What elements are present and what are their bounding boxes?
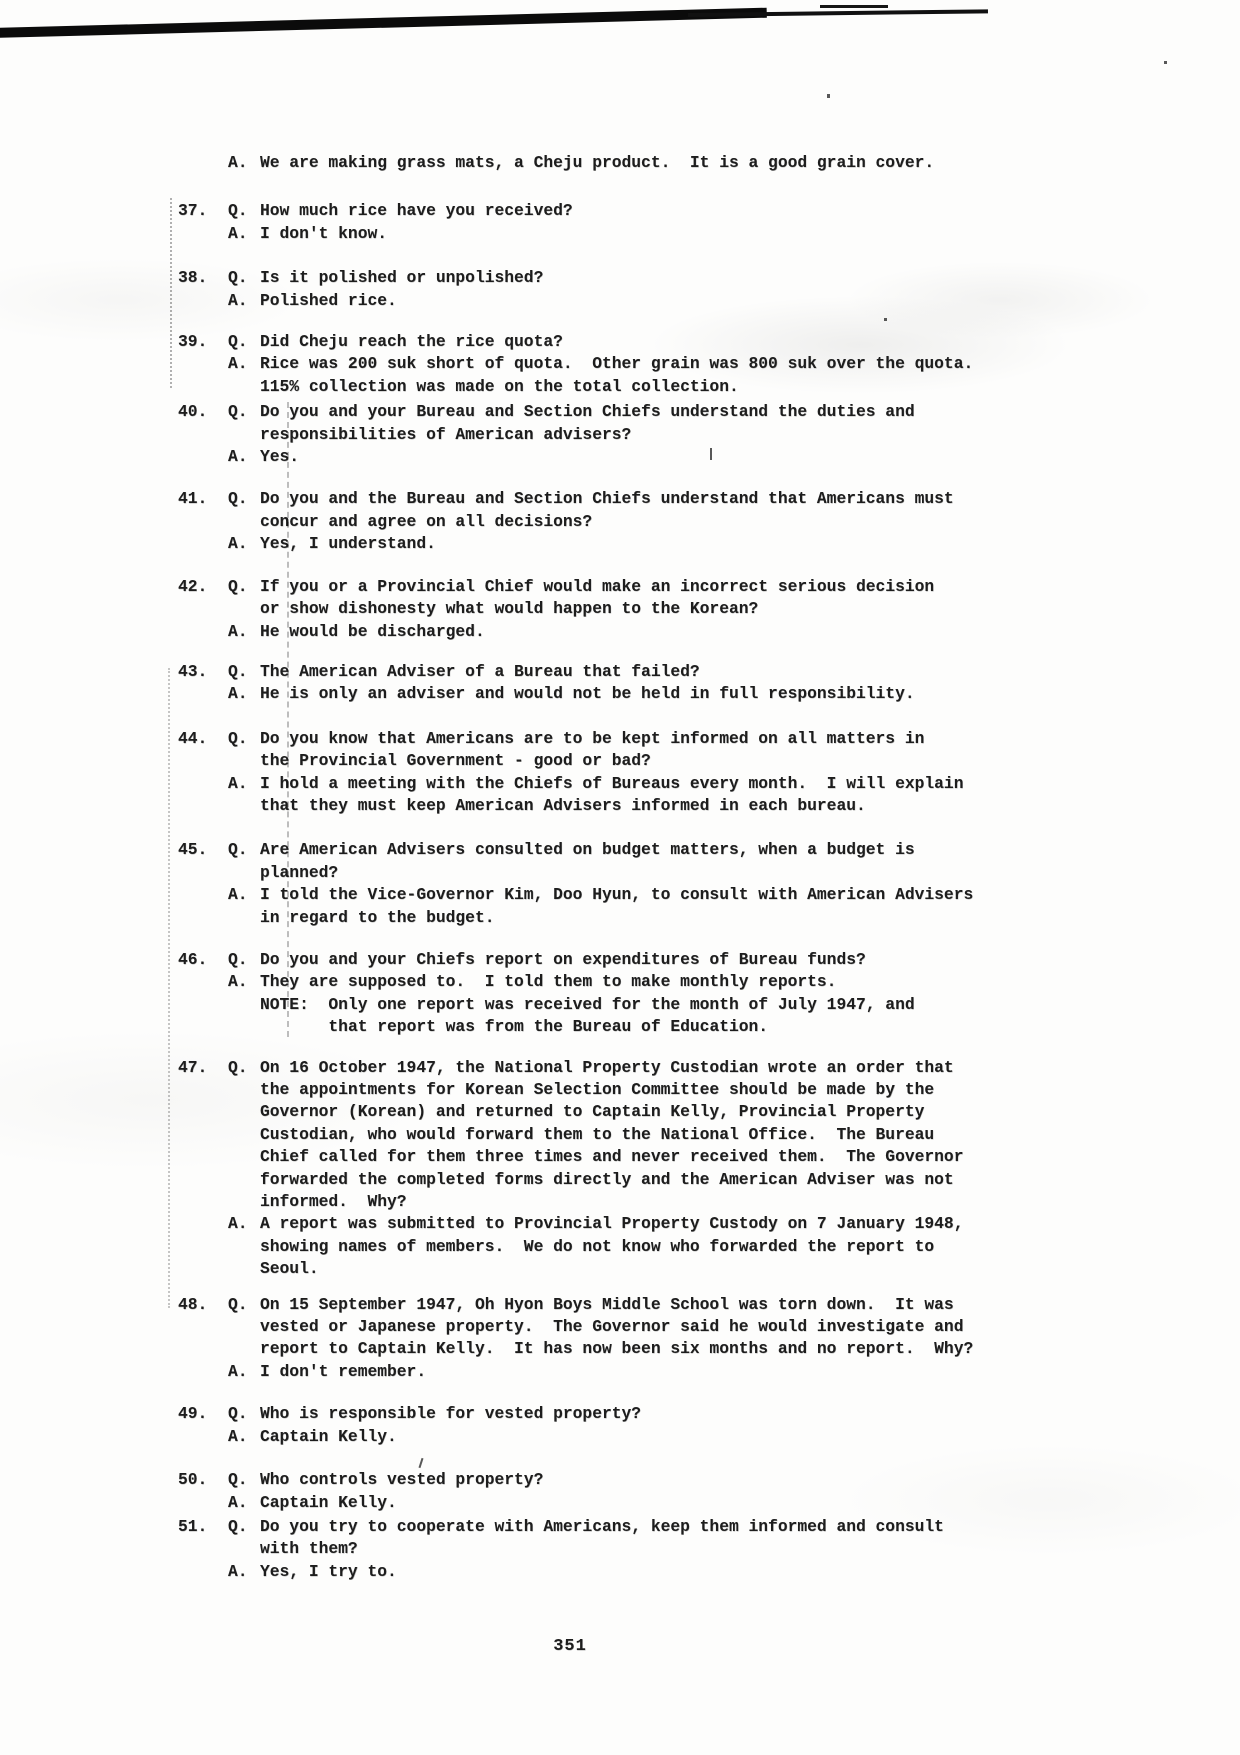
qa-item-50: 50. Q. Who controls vested property? A. … bbox=[178, 1469, 1240, 1514]
item-number: 41. bbox=[178, 488, 228, 510]
qa-item-49: 49. Q. Who is responsible for vested pro… bbox=[178, 1403, 1240, 1448]
item-number: 47. bbox=[178, 1057, 228, 1079]
question-row: 39. Q. Did Cheju reach the rice quota? bbox=[178, 331, 1240, 353]
question-label: Q. bbox=[228, 267, 260, 289]
answer-text: Rice was 200 suk short of quota. Other g… bbox=[260, 353, 1040, 398]
question-row: 50. Q. Who controls vested property? bbox=[178, 1469, 1240, 1491]
answer-text: They are supposed to. I told them to mak… bbox=[260, 971, 1040, 993]
item-number: 48. bbox=[178, 1294, 228, 1316]
item-number: 45. bbox=[178, 839, 228, 861]
qa-item-45: 45. Q. Are American Advisers consulted o… bbox=[178, 839, 1240, 929]
answer-text: A report was submitted to Provincial Pro… bbox=[260, 1213, 1040, 1280]
qa-item-47: 47. Q. On 16 October 1947, the National … bbox=[178, 1057, 1240, 1281]
answer-label: A. bbox=[228, 152, 260, 174]
qa-item-38: 38. Q. Is it polished or unpolished? A. … bbox=[178, 267, 1240, 312]
question-row: 45. Q. Are American Advisers consulted o… bbox=[178, 839, 1240, 884]
question-row: 51. Q. Do you try to cooperate with Amer… bbox=[178, 1516, 1240, 1561]
question-text: Do you and your Bureau and Section Chief… bbox=[260, 401, 1040, 446]
answer-label: A. bbox=[228, 621, 260, 643]
answer-label: A. bbox=[228, 446, 260, 468]
item-number: 51. bbox=[178, 1516, 228, 1538]
question-label: Q. bbox=[228, 1057, 260, 1079]
qa-item-intro: A. We are making grass mats, a Cheju pro… bbox=[178, 152, 1240, 174]
answer-text: Yes. bbox=[260, 446, 1040, 468]
item-number: 37. bbox=[178, 200, 228, 222]
answer-label: A. bbox=[228, 533, 260, 555]
answer-text: I hold a meeting with the Chiefs of Bure… bbox=[260, 773, 1040, 818]
answer-row: A. Yes. bbox=[178, 446, 1240, 468]
question-row: 40. Q. Do you and your Bureau and Sectio… bbox=[178, 401, 1240, 446]
question-text: On 16 October 1947, the National Propert… bbox=[260, 1057, 1040, 1214]
question-text: Who is responsible for vested property? bbox=[260, 1403, 1040, 1425]
question-label: Q. bbox=[228, 1469, 260, 1491]
answer-label: A. bbox=[228, 223, 260, 245]
note-text: NOTE: Only one report was received for t… bbox=[260, 994, 1040, 1039]
question-row: 47. Q. On 16 October 1947, the National … bbox=[178, 1057, 1240, 1214]
answer-label: A. bbox=[228, 1426, 260, 1448]
answer-row: A. A report was submitted to Provincial … bbox=[178, 1213, 1240, 1280]
question-text: Did Cheju reach the rice quota? bbox=[260, 331, 1040, 353]
qa-item-46: 46. Q. Do you and your Chiefs report on … bbox=[178, 949, 1240, 1039]
question-text: How much rice have you received? bbox=[260, 200, 1040, 222]
question-text: Are American Advisers consulted on budge… bbox=[260, 839, 1040, 884]
question-label: Q. bbox=[228, 728, 260, 750]
question-row: 41. Q. Do you and the Bureau and Section… bbox=[178, 488, 1240, 533]
answer-text: Captain Kelly. bbox=[260, 1426, 1040, 1448]
question-row: 46. Q. Do you and your Chiefs report on … bbox=[178, 949, 1240, 971]
item-number: 39. bbox=[178, 331, 228, 353]
answer-label: A. bbox=[228, 884, 260, 906]
item-number: 42. bbox=[178, 576, 228, 598]
answer-row: A. I don't remember. bbox=[178, 1361, 1240, 1383]
question-label: Q. bbox=[228, 1516, 260, 1538]
question-text: Who controls vested property? bbox=[260, 1469, 1040, 1491]
question-label: Q. bbox=[228, 576, 260, 598]
question-label: Q. bbox=[228, 200, 260, 222]
answer-row: A. I don't know. bbox=[178, 223, 1240, 245]
answer-label: A. bbox=[228, 1561, 260, 1583]
answer-text: I told the Vice-Governor Kim, Doo Hyun, … bbox=[260, 884, 1040, 929]
scan-artifact-top-dash bbox=[820, 5, 888, 8]
scan-artifact-dotted-margin-line bbox=[170, 198, 172, 388]
answer-row: A. I hold a meeting with the Chiefs of B… bbox=[178, 773, 1240, 818]
qa-item-41: 41. Q. Do you and the Bureau and Section… bbox=[178, 488, 1240, 555]
answer-label: A. bbox=[228, 1492, 260, 1514]
qa-item-44: 44. Q. Do you know that Americans are to… bbox=[178, 728, 1240, 818]
question-label: Q. bbox=[228, 331, 260, 353]
scan-speck bbox=[1164, 61, 1167, 64]
question-text: Do you and the Bureau and Section Chiefs… bbox=[260, 488, 1040, 533]
answer-row: A. Captain Kelly. bbox=[178, 1426, 1240, 1448]
answer-label: A. bbox=[228, 1213, 260, 1235]
answer-label: A. bbox=[228, 353, 260, 375]
answer-text: I don't remember. bbox=[260, 1361, 1040, 1383]
question-row: 44. Q. Do you know that Americans are to… bbox=[178, 728, 1240, 773]
question-label: Q. bbox=[228, 661, 260, 683]
question-row: 43. Q. The American Adviser of a Bureau … bbox=[178, 661, 1240, 683]
qa-item-37: 37. Q. How much rice have you received? … bbox=[178, 200, 1240, 245]
scan-speck bbox=[710, 448, 712, 460]
item-number: 40. bbox=[178, 401, 228, 423]
item-number: 38. bbox=[178, 267, 228, 289]
question-row: 48. Q. On 15 September 1947, Oh Hyon Boy… bbox=[178, 1294, 1240, 1361]
scanned-document-page: A. We are making grass mats, a Cheju pro… bbox=[0, 0, 1240, 1755]
question-text: Do you know that Americans are to be kep… bbox=[260, 728, 1040, 773]
question-label: Q. bbox=[228, 1403, 260, 1425]
scan-speck bbox=[827, 94, 830, 98]
answer-text: Polished rice. bbox=[260, 290, 1040, 312]
question-text: Do you and your Chiefs report on expendi… bbox=[260, 949, 1040, 971]
question-row: 49. Q. Who is responsible for vested pro… bbox=[178, 1403, 1240, 1425]
answer-row: A. They are supposed to. I told them to … bbox=[178, 971, 1240, 993]
answer-text: Yes, I understand. bbox=[260, 533, 1040, 555]
qa-item-39: 39. Q. Did Cheju reach the rice quota? A… bbox=[178, 331, 1240, 398]
item-number: 46. bbox=[178, 949, 228, 971]
qa-item-42: 42. Q. If you or a Provincial Chief woul… bbox=[178, 576, 1240, 643]
answer-row: A. Rice was 200 suk short of quota. Othe… bbox=[178, 353, 1240, 398]
question-text: If you or a Provincial Chief would make … bbox=[260, 576, 1040, 621]
question-label: Q. bbox=[228, 1294, 260, 1316]
answer-row: A. Captain Kelly. bbox=[178, 1492, 1240, 1514]
qa-transcript: A. We are making grass mats, a Cheju pro… bbox=[0, 0, 1240, 1583]
qa-item-40: 40. Q. Do you and your Bureau and Sectio… bbox=[178, 401, 1240, 468]
qa-item-43: 43. Q. The American Adviser of a Bureau … bbox=[178, 661, 1240, 706]
answer-label: A. bbox=[228, 290, 260, 312]
answer-row: A. He would be discharged. bbox=[178, 621, 1240, 643]
answer-label: A. bbox=[228, 971, 260, 993]
answer-text: I don't know. bbox=[260, 223, 1040, 245]
qa-item-48: 48. Q. On 15 September 1947, Oh Hyon Boy… bbox=[178, 1294, 1240, 1384]
item-number: 44. bbox=[178, 728, 228, 750]
question-label: Q. bbox=[228, 488, 260, 510]
answer-text: He would be discharged. bbox=[260, 621, 1040, 643]
question-row: 42. Q. If you or a Provincial Chief woul… bbox=[178, 576, 1240, 621]
item-number: 50. bbox=[178, 1469, 228, 1491]
answer-text: We are making grass mats, a Cheju produc… bbox=[260, 152, 1040, 174]
answer-label: A. bbox=[228, 1361, 260, 1383]
answer-row: A. We are making grass mats, a Cheju pro… bbox=[178, 152, 1240, 174]
question-label: Q. bbox=[228, 401, 260, 423]
question-text: Is it polished or unpolished? bbox=[260, 267, 1040, 289]
answer-row: A. Yes, I understand. bbox=[178, 533, 1240, 555]
answer-row: A. Yes, I try to. bbox=[178, 1561, 1240, 1583]
answer-text: Yes, I try to. bbox=[260, 1561, 1040, 1583]
scan-speck bbox=[884, 318, 887, 321]
qa-item-51: 51. Q. Do you try to cooperate with Amer… bbox=[178, 1516, 1240, 1583]
question-text: On 15 September 1947, Oh Hyon Boys Middl… bbox=[260, 1294, 1040, 1361]
answer-row: A. Polished rice. bbox=[178, 290, 1240, 312]
item-number: 49. bbox=[178, 1403, 228, 1425]
question-label: Q. bbox=[228, 949, 260, 971]
answer-row: A. I told the Vice-Governor Kim, Doo Hyu… bbox=[178, 884, 1240, 929]
question-row: 37. Q. How much rice have you received? bbox=[178, 200, 1240, 222]
answer-text: He is only an adviser and would not be h… bbox=[260, 683, 1040, 705]
question-text: The American Adviser of a Bureau that fa… bbox=[260, 661, 1040, 683]
question-row: 38. Q. Is it polished or unpolished? bbox=[178, 267, 1240, 289]
answer-text: Captain Kelly. bbox=[260, 1492, 1040, 1514]
page-number: 351 bbox=[0, 1636, 1140, 1658]
question-label: Q. bbox=[228, 839, 260, 861]
scan-artifact-dotted-margin-line bbox=[168, 668, 170, 1308]
answer-row: A. He is only an adviser and would not b… bbox=[178, 683, 1240, 705]
question-text: Do you try to cooperate with Americans, … bbox=[260, 1516, 1040, 1561]
note-row: NOTE: Only one report was received for t… bbox=[178, 994, 1240, 1039]
answer-label: A. bbox=[228, 683, 260, 705]
item-number: 43. bbox=[178, 661, 228, 683]
scan-artifact-dashed-fold-line bbox=[287, 402, 289, 1037]
answer-label: A. bbox=[228, 773, 260, 795]
